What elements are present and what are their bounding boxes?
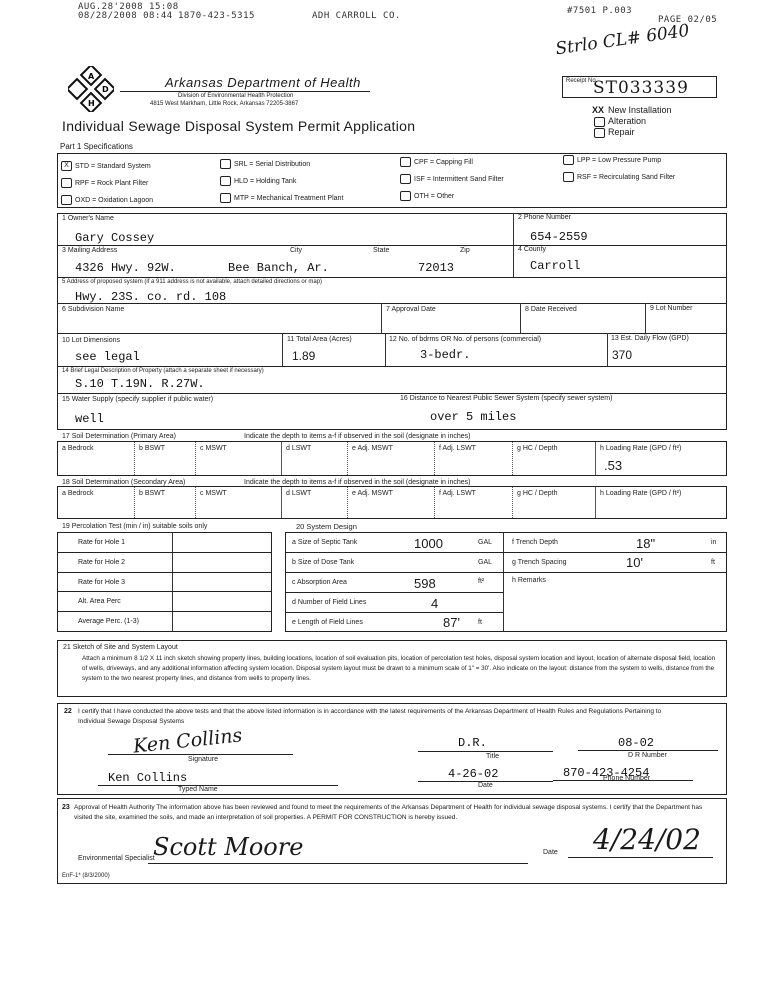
septic-tank-size[interactable]: 1000 (414, 536, 443, 551)
system-design-title: 20 System Design (296, 522, 357, 531)
svg-text:H: H (88, 99, 95, 108)
perc-hole1-field[interactable] (173, 533, 271, 552)
water-supply-field[interactable]: well (75, 412, 104, 426)
perc-average-field[interactable] (173, 612, 271, 631)
spec-isf[interactable]: ISF = Intermittent Sand Filter (400, 174, 504, 184)
new-install-mark: XX (592, 105, 604, 115)
sketch-instructions: Attach a minimum 8 1/2 X 11 inch sketch … (82, 654, 722, 684)
oxd-checkbox[interactable] (61, 195, 72, 205)
lot-dimensions-label: 10 Lot Dimensions (62, 337, 120, 344)
lot-dimensions-field[interactable]: see legal (75, 350, 140, 364)
soil-secondary-table: a Bedrock b BSWT c MSWT d LSWT e Adj. MS… (57, 486, 727, 519)
perc-hole2-field[interactable] (173, 553, 271, 572)
lpp-checkbox[interactable] (563, 155, 574, 165)
city-state-field[interactable]: Bee Banch, Ar. (228, 261, 329, 275)
rpf-checkbox[interactable] (61, 178, 72, 188)
spec-rpf[interactable]: RPF = Rock Plant Filter (61, 178, 148, 188)
sewer-distance-field[interactable]: over 5 miles (430, 410, 516, 424)
handwritten-note: Strlo CL# 6040 (554, 21, 690, 60)
perc-alt-field[interactable] (173, 592, 271, 611)
zip-field[interactable]: 72013 (418, 261, 454, 275)
receipt-number: ST033339 (593, 78, 689, 98)
install-new[interactable]: XXNew Installation (592, 105, 672, 115)
spec-hld[interactable]: HLD = Holding Tank (220, 176, 296, 186)
perc-test-table: Rate for Hole 1 Rate for Hole 2 Rate for… (57, 532, 272, 632)
adh-logo-icon: A D H (68, 66, 114, 112)
specialist-signature: Scott Moore (153, 833, 303, 861)
certification-date[interactable]: 4-26-02 (448, 767, 498, 781)
lot-number-label: 9 Lot Number (650, 305, 692, 312)
hld-checkbox[interactable] (220, 176, 231, 186)
receipt-label: Receipt No (566, 78, 596, 84)
phone-field[interactable]: 654-2559 (530, 230, 588, 244)
isf-checkbox[interactable] (400, 174, 411, 184)
sketch-box: 21 Sketch of Site and System Layout Atta… (57, 640, 727, 697)
soil-primary-instruction: Indicate the depth to items a-f if obser… (244, 433, 470, 440)
trench-depth[interactable]: 18" (636, 536, 655, 551)
state-label: State (373, 247, 389, 254)
soil-secondary-instruction: Indicate the depth to items a-f if obser… (244, 479, 470, 486)
spec-mtp[interactable]: MTP = Mechanical Treatment Plant (220, 193, 343, 203)
cpf-checkbox[interactable] (400, 157, 411, 167)
rsf-checkbox[interactable] (563, 172, 574, 182)
owner-label: 1 Owner's Name (62, 215, 114, 222)
loading-rate-primary[interactable]: .53 (604, 458, 622, 473)
alteration-checkbox[interactable] (594, 117, 605, 127)
soil-primary-title: 17 Soil Determination (Primary Area) (62, 433, 176, 440)
proposed-address-field[interactable]: Hwy. 23S. co. rd. 108 (75, 290, 226, 304)
city-label: City (290, 247, 302, 254)
daily-flow-field[interactable]: 370 (612, 348, 632, 362)
install-repair[interactable]: Repair (594, 127, 635, 138)
soil-secondary-title: 18 Soil Determination (Secondary Area) (62, 479, 185, 486)
total-area-field[interactable]: 1.89 (292, 349, 315, 363)
mailing-label: 3 Mailing Address (62, 247, 117, 254)
spec-cpf[interactable]: CPF = Capping Fill (400, 157, 473, 167)
certification-text: I certify that I have conducted the abov… (78, 707, 678, 727)
receipt-box: Receipt No ST033339 (562, 76, 717, 98)
proposed-address-label: 5 Address of proposed system (if a 911 a… (62, 279, 322, 285)
trench-spacing[interactable]: 10' (626, 555, 643, 570)
sketch-title: 21 Sketch of Site and System Layout (63, 644, 178, 651)
spec-oth[interactable]: OTH = Other (400, 191, 454, 201)
agency-name: Arkansas Department of Health (165, 75, 361, 90)
field-lines-count[interactable]: 4 (431, 596, 438, 611)
agency-address: 4815 West Markham, Little Rock, Arkansas… (150, 101, 298, 107)
certifier-signature: Ken Collins (132, 724, 243, 757)
date-received-label: 8 Date Received (525, 306, 577, 313)
fax-date-line2: 08/28/2008 08:44 (78, 11, 173, 21)
approval-date: 4/24/02 (593, 823, 701, 856)
system-design-table: a Size of Septic Tank 1000 GAL b Size of… (285, 532, 727, 632)
spec-srl[interactable]: SRL = Serial Distribution (220, 159, 310, 169)
bedrooms-label: 12 No. of bdrms OR No. of persons (comme… (389, 336, 541, 343)
form-title: Individual Sewage Disposal System Permit… (62, 118, 415, 134)
daily-flow-label: 13 Est. Daily Flow (GPD) (611, 335, 689, 342)
perc-hole3-field[interactable] (173, 573, 271, 592)
legal-desc-label: 14 Brief Legal Description of Property (… (62, 368, 264, 374)
install-alteration[interactable]: Alteration (594, 116, 646, 127)
form-number: EnF-1* (8/3/2000) (62, 873, 110, 879)
street-field[interactable]: 4326 Hwy. 92W. (75, 261, 176, 275)
spec-lpp[interactable]: LPP = Low Pressure Pump (563, 155, 661, 165)
repair-checkbox[interactable] (594, 128, 605, 138)
remarks-label: h Remarks (512, 577, 546, 584)
spec-rsf[interactable]: RSF = Recirculating Sand Filter (563, 172, 675, 182)
spec-oxd[interactable]: OXD = Oxidation Lagoon (61, 195, 153, 205)
srl-checkbox[interactable] (220, 159, 231, 169)
mtp-checkbox[interactable] (220, 193, 231, 203)
certifier-title[interactable]: D.R. (458, 736, 487, 750)
fax-phone: 1870-423-5315 (178, 11, 255, 21)
svg-text:D: D (102, 85, 109, 94)
zip-label: Zip (460, 247, 470, 254)
fax-sender: ADH CARROLL CO. (312, 11, 401, 21)
county-label: 4 County (518, 246, 546, 253)
county-field[interactable]: Carroll (530, 259, 580, 273)
approval-date-label: 7 Approval Date (386, 306, 436, 313)
fax-job: #7501 P.003 (567, 6, 632, 16)
owner-field[interactable]: Gary Cossey (75, 231, 154, 245)
spec-std[interactable]: XSTD = Standard System (61, 161, 151, 171)
phone-label: 2 Phone Number (518, 214, 571, 221)
soil-primary-table: a Bedrock b BSWT c MSWT d LSWT e Adj. MS… (57, 441, 727, 476)
field-lines-length[interactable]: 87' (443, 615, 460, 630)
certification-box: 22 I certify that I have conducted the a… (57, 703, 727, 795)
agency-division: Division of Environmental Health Protect… (178, 93, 293, 99)
total-area-label: 11 Total Area (Acres) (287, 336, 352, 343)
sewer-distance-label: 16 Distance to Nearest Public Sewer Syst… (400, 395, 612, 402)
dr-number[interactable]: 08-02 (618, 736, 654, 750)
svg-text:A: A (88, 72, 95, 81)
bedrooms-field[interactable]: 3-bedr. (420, 348, 470, 362)
typed-name[interactable]: Ken Collins (108, 771, 187, 785)
perc-test-title: 19 Percolation Test (min / in) suitable … (62, 523, 207, 530)
part1-title: Part 1 Specifications (60, 142, 133, 151)
std-checkbox[interactable]: X (61, 161, 72, 171)
legal-desc-field[interactable]: S.10 T.19N. R.27W. (75, 377, 205, 391)
absorption-area[interactable]: 598 (414, 576, 436, 591)
subdivision-label: 6 Subdivision Name (62, 306, 124, 313)
water-supply-label: 15 Water Supply (specify supplier if pub… (62, 396, 213, 403)
approval-box: 23 Approval of Health Authority The info… (57, 798, 727, 884)
approval-text: Approval of Health Authority The informa… (74, 803, 714, 823)
oth-checkbox[interactable] (400, 191, 411, 201)
